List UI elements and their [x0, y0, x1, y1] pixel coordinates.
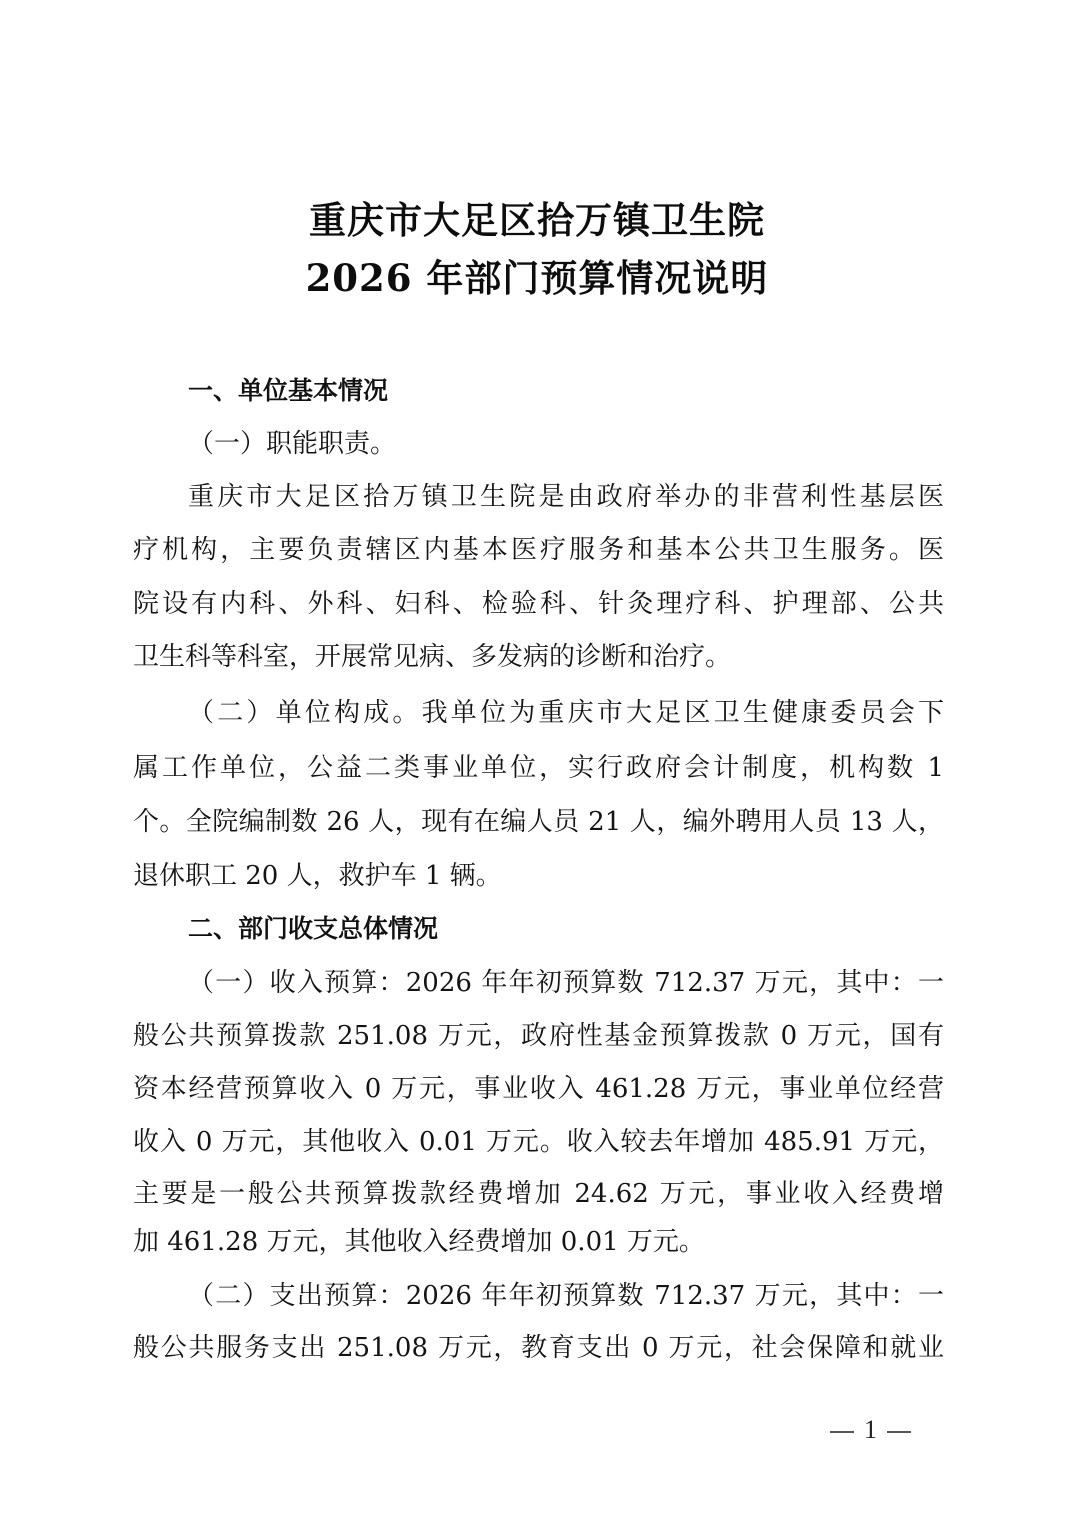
document-title-line-1: 重庆市大足区拾万镇卫生院 — [0, 202, 1074, 239]
dash-left-decoration — [830, 1431, 854, 1433]
subsection-heading: （一）职能职责。 — [188, 431, 944, 457]
paragraph-line: 加 461.28 万元，其他收入经费增加 0.01 万元。 — [133, 1229, 944, 1255]
section-heading: 一、单位基本情况 — [188, 378, 944, 403]
dash-right-decoration — [887, 1431, 911, 1433]
paragraph-line: 属工作单位，公益二类事业单位，实行政府会计制度，机构数 1 — [133, 755, 944, 781]
section-heading: 二、部门收支总体情况 — [188, 916, 944, 941]
document-page: 重庆市大足区拾万镇卫生院 2026 年部门预算情况说明 一、单位基本情况（一）职… — [0, 0, 1074, 1520]
paragraph-line: 院设有内科、外科、妇科、检验科、针灸理疗科、护理部、公共 — [133, 591, 944, 617]
paragraph-line: 卫生科等科室，开展常见病、多发病的诊断和治疗。 — [133, 644, 944, 670]
paragraph-line: 疗机构，主要负责辖区内基本医疗服务和基本公共卫生服务。医 — [133, 537, 944, 563]
page-number-value: 1 — [864, 1415, 877, 1444]
document-title-line-2: 2026 年部门预算情况说明 — [0, 260, 1074, 297]
paragraph-line: 重庆市大足区拾万镇卫生院是由政府举办的非营利性基层医 — [188, 484, 944, 510]
paragraph-line: 般公共服务支出 251.08 万元，教育支出 0 万元，社会保障和就业 — [133, 1335, 944, 1361]
paragraph-line: 般公共预算拨款 251.08 万元，政府性基金预算拨款 0 万元，国有 — [133, 1023, 944, 1049]
page-number: 1 — [820, 1415, 920, 1445]
paragraph-line: （一）收入预算：2026 年年初预算数 712.37 万元，其中：一 — [188, 970, 944, 996]
paragraph-line: 收入 0 万元，其他收入 0.01 万元。收入较去年增加 485.91 万元， — [133, 1129, 944, 1155]
paragraph-line: （二）支出预算：2026 年年初预算数 712.37 万元，其中：一 — [188, 1283, 944, 1309]
paragraph-line: 主要是一般公共预算拨款经费增加 24.62 万元，事业收入经费增 — [133, 1181, 944, 1207]
paragraph-line: （二）单位构成。我单位为重庆市大足区卫生健康委员会下 — [188, 700, 944, 726]
paragraph-line: 退休职工 20 人，救护车 1 辆。 — [133, 863, 944, 889]
paragraph-line: 资本经营预算收入 0 万元，事业收入 461.28 万元，事业单位经营 — [133, 1076, 944, 1102]
paragraph-line: 个。全院编制数 26 人，现有在编人员 21 人，编外聘用人员 13 人， — [133, 809, 944, 835]
